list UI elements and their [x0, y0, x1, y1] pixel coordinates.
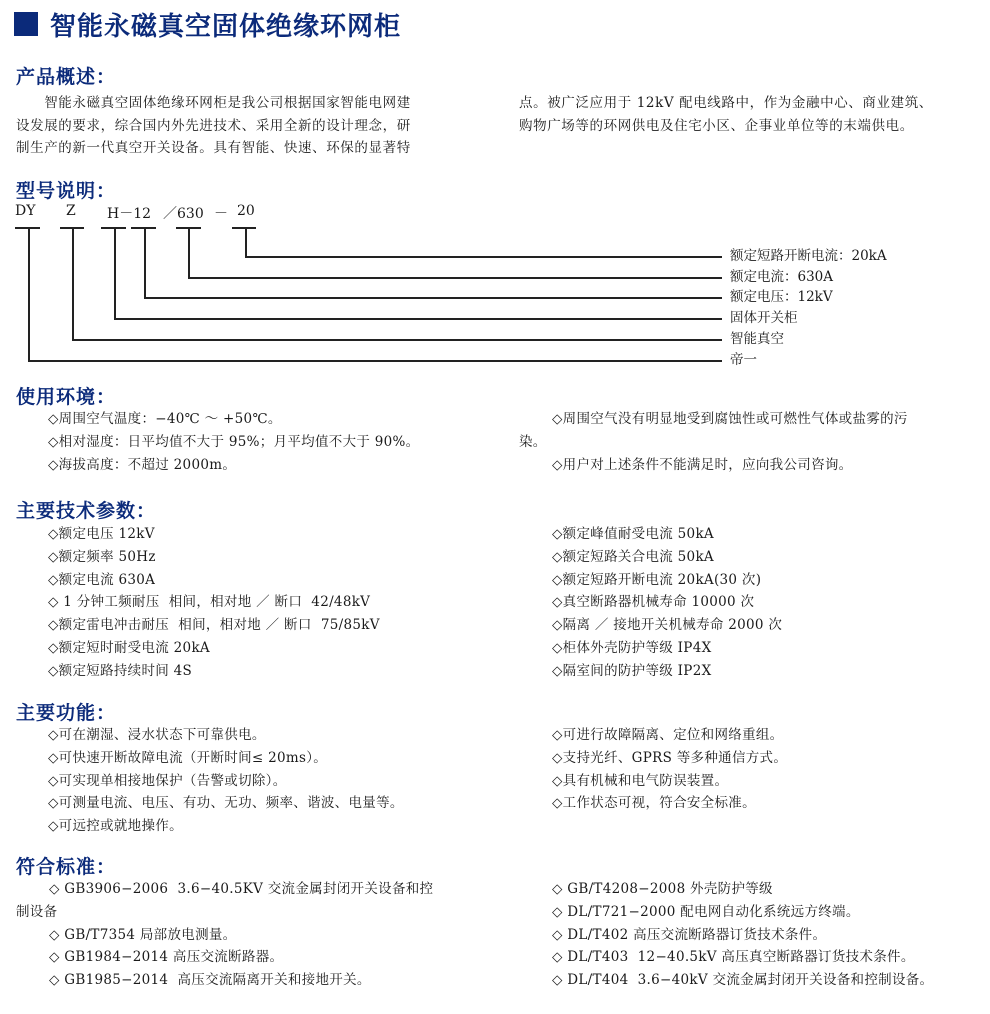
underline-20 — [232, 227, 256, 229]
model-code-dash: － — [214, 203, 228, 223]
parameters-right-list: ◇额定峰值耐受电流 50kA ◇额定短路关合电流 50kA ◇额定短路开断电流 … — [552, 523, 782, 683]
legend-smart-vacuum: 智能真空 — [730, 329, 784, 349]
environment-heading: 使用环境： — [16, 382, 116, 409]
list-item: 染。 — [519, 431, 908, 454]
leader-z — [72, 339, 722, 341]
list-item: ◇额定短路关合电流 50kA — [552, 546, 782, 569]
functions-heading: 主要功能： — [16, 698, 116, 725]
model-code-630: ／630 — [163, 203, 204, 223]
page-title-bar: 智能永磁真空固体绝缘环网柜 — [14, 6, 401, 42]
list-item: ◇周围空气温度：−40℃ ～ +50℃。 — [48, 408, 419, 431]
legend-breaking-current: 额定短路开断电流：20kA — [730, 246, 887, 266]
leader-630 — [188, 277, 722, 279]
standards-heading: 符合标准： — [16, 852, 116, 879]
list-item: ◇额定电流 630A — [48, 569, 380, 592]
overview-line: 购物广场等的环网供电及住宅小区、企事业单位等的末端供电。 — [519, 115, 989, 138]
list-item: ◇额定电压 12kV — [48, 523, 380, 546]
leader-20 — [245, 256, 722, 258]
page-title: 智能永磁真空固体绝缘环网柜 — [50, 6, 401, 43]
standards-right-list: ◇ GB/T4208−2008 外壳防护等级 ◇ DL/T721−2000 配电… — [552, 878, 933, 992]
standards-left-list: ◇ GB3906−2006 3.6−40.5KV 交流金属封闭开关设备和控 制设… — [16, 878, 433, 992]
overview-line: 设发展的要求，综合国内外先进技术、采用全新的设计理念，研 — [16, 115, 496, 138]
list-item: ◇真空断路器机械寿命 10000 次 — [552, 591, 782, 614]
legend-brand: 帝一 — [730, 350, 757, 370]
model-code-z: Z — [66, 203, 76, 219]
list-item: ◇ DL/T402 高压交流断路器订货技术条件。 — [552, 924, 933, 947]
list-item: ◇ DL/T403 12−40.5kV 高压真空断路器订货技术条件。 — [552, 946, 933, 969]
leader-12 — [144, 297, 722, 299]
list-item: ◇支持光纤、GPRS 等多种通信方式。 — [552, 747, 787, 770]
connector-z — [72, 227, 74, 340]
leader-dy — [28, 360, 722, 362]
list-item: ◇海拔高度：不超过 2000m。 — [48, 454, 419, 477]
connector-dy — [28, 227, 30, 361]
list-item: ◇可远控或就地操作。 — [48, 815, 404, 838]
list-item: ◇额定短路持续时间 4S — [48, 660, 380, 683]
model-code-dy: DY — [15, 203, 35, 219]
list-item: ◇可实现单相接地保护（告警或切除）。 — [48, 770, 404, 793]
model-heading: 型号说明： — [16, 176, 116, 203]
list-item: ◇隔离 ／ 接地开关机械寿命 2000 次 — [552, 614, 782, 637]
connector-630 — [188, 227, 190, 278]
list-item: ◇额定峰值耐受电流 50kA — [552, 523, 782, 546]
list-item: ◇可在潮湿、浸水状态下可靠供电。 — [48, 724, 404, 747]
environment-right-list: ◇周围空气没有明显地受到腐蚀性或可燃性气体或盐雾的污 染。 ◇用户对上述条件不能… — [519, 408, 908, 476]
parameters-heading: 主要技术参数： — [16, 496, 156, 523]
list-item: ◇ GB3906−2006 3.6−40.5KV 交流金属封闭开关设备和控 — [16, 878, 433, 901]
list-item: ◇额定频率 50Hz — [48, 546, 380, 569]
list-item: ◇可快速开断故障电流（开断时间≤ 20ms）。 — [48, 747, 404, 770]
list-item: ◇用户对上述条件不能满足时，应向我公司咨询。 — [519, 454, 908, 477]
legend-solid-cabinet: 固体开关柜 — [730, 308, 798, 328]
title-square-icon — [14, 12, 38, 36]
list-item: ◇ GB/T7354 局部放电测量。 — [16, 924, 433, 947]
list-item: ◇ 1 分钟工频耐压 相间，相对地 ／ 断口 42/48kV — [48, 591, 380, 614]
list-item: ◇可进行故障隔离、定位和网络重组。 — [552, 724, 787, 747]
overview-line: 点。被广泛应用于 12kV 配电线路中，作为金融中心、商业建筑、 — [519, 92, 989, 115]
connector-20 — [245, 227, 247, 257]
overview-line: 制生产的新一代真空开关设备。具有智能、快速、环保的显著特 — [16, 137, 496, 160]
legend-rated-current: 额定电流：630A — [730, 267, 833, 287]
list-item: ◇柜体外壳防护等级 IP4X — [552, 637, 782, 660]
list-item: ◇周围空气没有明显地受到腐蚀性或可燃性气体或盐雾的污 — [519, 408, 908, 431]
list-item: ◇ GB1985−2014 高压交流隔离开关和接地开关。 — [16, 969, 433, 992]
list-item: ◇工作状态可视，符合安全标准。 — [552, 792, 787, 815]
list-item: ◇额定雷电冲击耐压 相间，相对地 ／ 断口 75/85kV — [48, 614, 380, 637]
list-item: ◇额定短时耐受电流 20kA — [48, 637, 380, 660]
connector-12 — [144, 227, 146, 298]
list-item: ◇ GB1984−2014 高压交流断路器。 — [16, 946, 433, 969]
list-item: ◇隔室间的防护等级 IP2X — [552, 660, 782, 683]
legend-rated-voltage: 额定电压：12kV — [730, 287, 833, 307]
overview-heading: 产品概述： — [16, 62, 116, 89]
list-item: 制设备 — [16, 901, 433, 924]
list-item: ◇ GB/T4208−2008 外壳防护等级 — [552, 878, 933, 901]
model-code-h12: H－12 — [107, 203, 151, 223]
overview-right: 点。被广泛应用于 12kV 配电线路中，作为金融中心、商业建筑、 购物广场等的环… — [519, 92, 989, 137]
overview-left: 智能永磁真空固体绝缘环网柜是我公司根据国家智能电网建 设发展的要求，综合国内外先… — [16, 92, 496, 160]
parameters-left-list: ◇额定电压 12kV ◇额定频率 50Hz ◇额定电流 630A ◇ 1 分钟工… — [48, 523, 380, 683]
connector-h — [114, 227, 116, 319]
leader-h — [114, 318, 722, 320]
model-code-20: 20 — [237, 203, 255, 219]
environment-left-list: ◇周围空气温度：−40℃ ～ +50℃。 ◇相对湿度：日平均值不大于 95%；月… — [48, 408, 419, 476]
list-item: ◇可测量电流、电压、有功、无功、频率、谐波、电量等。 — [48, 792, 404, 815]
list-item: ◇额定短路开断电流 20kA(30 次) — [552, 569, 782, 592]
list-item: ◇ DL/T721−2000 配电网自动化系统远方终端。 — [552, 901, 933, 924]
overview-line: 智能永磁真空固体绝缘环网柜是我公司根据国家智能电网建 — [16, 92, 496, 115]
list-item: ◇ DL/T404 3.6−40kV 交流金属封闭开关设备和控制设备。 — [552, 969, 933, 992]
functions-left-list: ◇可在潮湿、浸水状态下可靠供电。 ◇可快速开断故障电流（开断时间≤ 20ms）。… — [48, 724, 404, 838]
list-item: ◇相对湿度：日平均值不大于 95%；月平均值不大于 90%。 — [48, 431, 419, 454]
list-item: ◇具有机械和电气防误装置。 — [552, 770, 787, 793]
functions-right-list: ◇可进行故障隔离、定位和网络重组。 ◇支持光纤、GPRS 等多种通信方式。 ◇具… — [552, 724, 787, 815]
